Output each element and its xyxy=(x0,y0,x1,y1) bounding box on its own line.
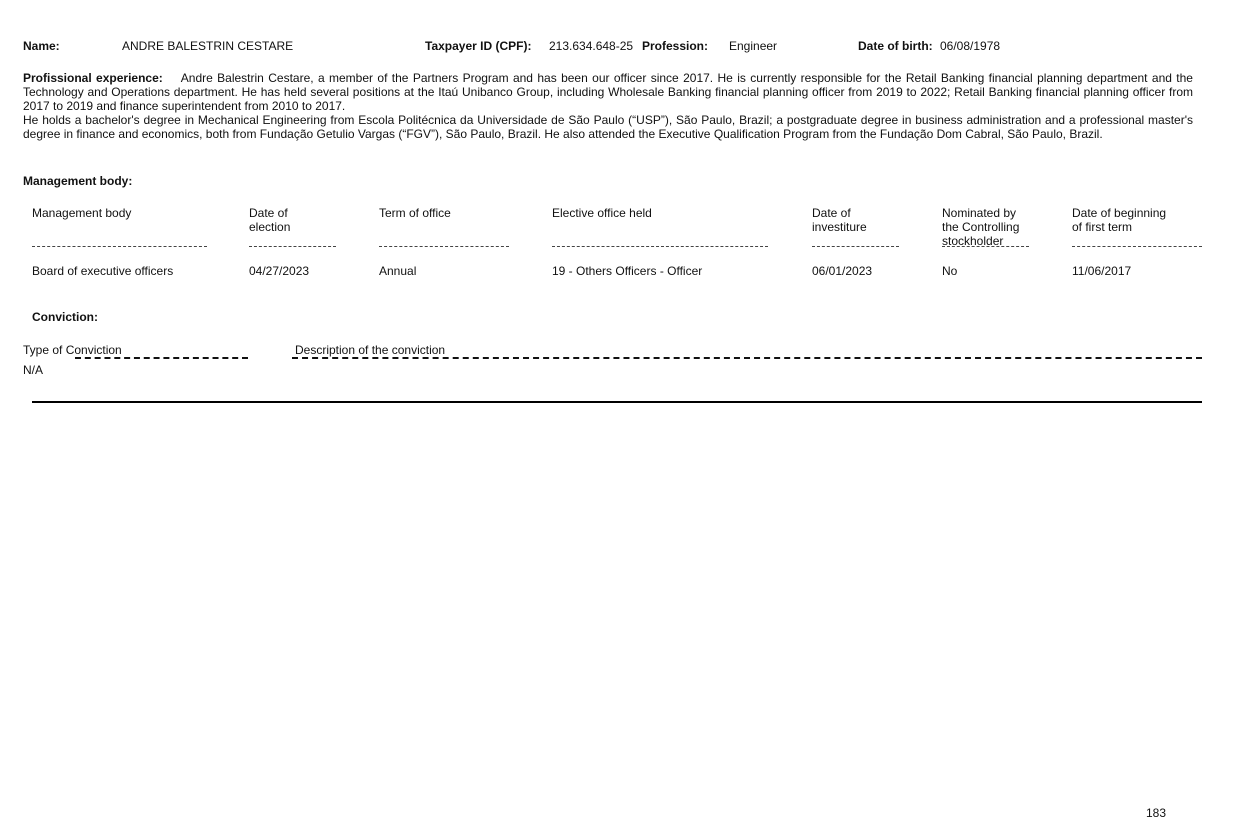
profession-label: Profession: xyxy=(642,39,708,53)
professional-experience: Profissional experience:Andre Balestrin … xyxy=(23,71,1193,141)
taxpayer-value: 213.634.648-25 xyxy=(549,39,633,53)
dob-value: 06/08/1978 xyxy=(940,39,1000,53)
column-divider xyxy=(812,246,899,247)
column-divider xyxy=(942,246,1029,247)
conviction-type-value: N/A xyxy=(23,363,43,377)
column-divider xyxy=(1072,246,1202,247)
table-cell-management-body: Board of executive officers xyxy=(32,264,173,278)
experience-paragraph-1: Andre Balestrin Cestare, a member of the… xyxy=(23,71,1193,113)
column-header-nominated-by-controlling: Nominated bythe Controllingstockholder xyxy=(942,206,1019,248)
table-cell-date-of-election: 04/27/2023 xyxy=(249,264,309,278)
conviction-section-title: Conviction: xyxy=(32,310,98,324)
conviction-type-header: Type of Conviction xyxy=(23,343,122,357)
column-header-term-of-office: Term of office xyxy=(379,206,451,220)
column-header-elective-office-held: Elective office held xyxy=(552,206,652,220)
column-header-date-of-investiture: Date ofinvestiture xyxy=(812,206,867,234)
column-header-management-body: Management body xyxy=(32,206,131,220)
column-divider xyxy=(552,246,768,247)
name-label: Name: xyxy=(23,39,60,53)
name-value: ANDRE BALESTRIN CESTARE xyxy=(122,39,293,53)
table-cell-nominated-by-controlling: No xyxy=(942,264,957,278)
column-divider xyxy=(379,246,509,247)
conviction-description-divider xyxy=(292,357,1202,359)
profession-value: Engineer xyxy=(729,39,777,53)
experience-label: Profissional experience: xyxy=(23,71,163,85)
management-section-title: Management body: xyxy=(23,174,132,188)
conviction-description-header: Description of the conviction xyxy=(295,343,445,357)
table-cell-elective-office-held: 19 - Others Officers - Officer xyxy=(552,264,702,278)
column-divider xyxy=(32,246,207,247)
table-cell-date-of-first-term: 11/06/2017 xyxy=(1072,264,1131,278)
page-number: 183 xyxy=(1146,806,1166,820)
conviction-type-divider xyxy=(75,357,248,359)
taxpayer-label: Taxpayer ID (CPF): xyxy=(425,39,531,53)
column-header-date-of-election: Date ofelection xyxy=(249,206,290,234)
column-header-date-of-first-term: Date of beginningof first term xyxy=(1072,206,1166,234)
dob-label: Date of birth: xyxy=(858,39,933,53)
column-divider xyxy=(249,246,336,247)
table-cell-term-of-office: Annual xyxy=(379,264,416,278)
section-end-rule xyxy=(32,401,1202,403)
table-cell-date-of-investiture: 06/01/2023 xyxy=(812,264,872,278)
experience-paragraph-2: He holds a bachelor's degree in Mechanic… xyxy=(23,113,1193,141)
